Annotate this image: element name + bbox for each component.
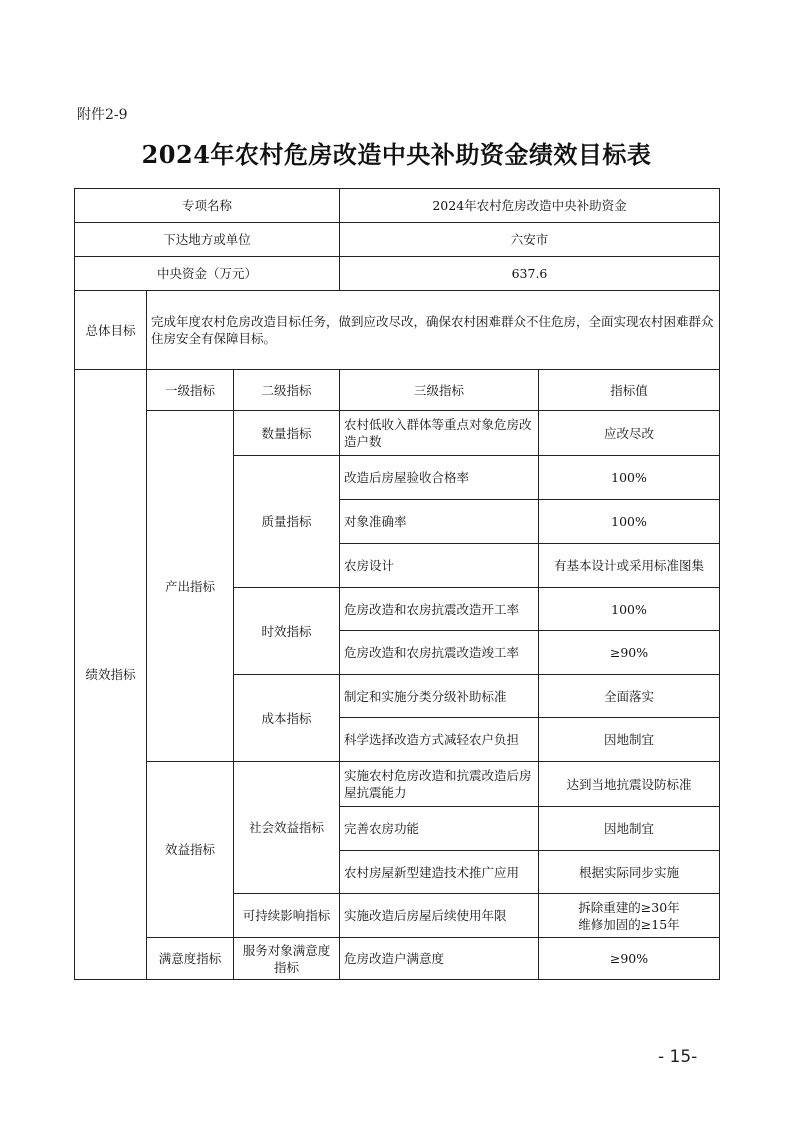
- level2-quality: 质量指标: [234, 456, 340, 588]
- indicator-cell: 危房改造户满意度: [340, 938, 539, 980]
- performance-section-label: 绩效指标: [75, 370, 147, 980]
- column-header-value: 指标值: [539, 370, 720, 411]
- table-row: 满意度指标 服务对象满意度指标 危房改造户满意度 ≥90%: [75, 938, 720, 980]
- level2-social: 社会效益指标: [234, 762, 340, 894]
- page-number: - 15-: [658, 1047, 697, 1067]
- value-cell: 100%: [539, 588, 720, 631]
- table-row: 效益指标 社会效益指标 实施农村危房改造和抗震改造后房屋抗震能力 达到当地抗震设…: [75, 762, 720, 807]
- indicator-cell: 制定和实施分类分级补助标准: [340, 675, 539, 718]
- column-header-level2: 二级指标: [234, 370, 340, 411]
- indicator-cell: 农村房屋新型建造技术推广应用: [340, 851, 539, 894]
- indicator-cell: 危房改造和农房抗震改造竣工率: [340, 631, 539, 675]
- value-cell: 因地制宜: [539, 718, 720, 762]
- value-cell: 达到当地抗震设防标准: [539, 762, 720, 807]
- level2-service: 服务对象满意度指标: [234, 938, 340, 980]
- value-cell: 全面落实: [539, 675, 720, 718]
- recipient-label: 下达地方或单位: [75, 223, 340, 257]
- indicator-cell: 实施改造后房屋后续使用年限: [340, 894, 539, 938]
- indicator-cell: 对象准确率: [340, 500, 539, 544]
- value-cell: 有基本设计或采用标准图集: [539, 544, 720, 588]
- indicator-cell: 实施农村危房改造和抗震改造后房屋抗震能力: [340, 762, 539, 807]
- column-header-level3: 三级指标: [340, 370, 539, 411]
- level1-output: 产出指标: [147, 411, 234, 762]
- level2-sustainable: 可持续影响指标: [234, 894, 340, 938]
- level1-satisfaction: 满意度指标: [147, 938, 234, 980]
- value-line: 拆除重建的≥30年: [543, 899, 715, 916]
- level1-benefit: 效益指标: [147, 762, 234, 938]
- value-cell: 100%: [539, 500, 720, 544]
- value-cell: 因地制宜: [539, 807, 720, 851]
- value-cell: 100%: [539, 456, 720, 500]
- attachment-label: 附件2-9: [77, 104, 128, 124]
- overall-goal-text: 完成年度农村危房改造目标任务，做到应改尽改，确保农村困难群众不住危房，全面实现农…: [147, 291, 720, 370]
- indicator-cell: 农房设计: [340, 544, 539, 588]
- project-name-label: 专项名称: [75, 189, 340, 223]
- indicator-cell: 农村低收入群体等重点对象危房改造户数: [340, 411, 539, 456]
- info-row-project-name: 专项名称 2024年农村危房改造中央补助资金: [75, 189, 720, 223]
- value-cell: 应改尽改: [539, 411, 720, 456]
- value-line: 维修加固的≥15年: [543, 916, 715, 933]
- info-row-funds: 中央资金（万元） 637.6: [75, 257, 720, 291]
- indicator-cell: 改造后房屋验收合格率: [340, 456, 539, 500]
- overall-goal-row: 总体目标 完成年度农村危房改造目标任务，做到应改尽改，确保农村困难群众不住危房，…: [75, 291, 720, 370]
- level2-quantity: 数量指标: [234, 411, 340, 456]
- table-row: 产出指标 数量指标 农村低收入群体等重点对象危房改造户数 应改尽改: [75, 411, 720, 456]
- column-header-level1: 一级指标: [147, 370, 234, 411]
- indicator-cell: 科学选择改造方式减轻农户负担: [340, 718, 539, 762]
- value-cell: 根据实际同步实施: [539, 851, 720, 894]
- value-cell: ≥90%: [539, 631, 720, 675]
- value-cell: ≥90%: [539, 938, 720, 980]
- document-title: 2024年农村危房改造中央补助资金绩效目标表: [0, 135, 793, 170]
- overall-goal-label: 总体目标: [75, 291, 147, 370]
- indicator-cell: 完善农房功能: [340, 807, 539, 851]
- funds-value: 637.6: [340, 257, 720, 291]
- value-cell: 拆除重建的≥30年 维修加固的≥15年: [539, 894, 720, 938]
- project-name-value: 2024年农村危房改造中央补助资金: [340, 189, 720, 223]
- performance-target-table: 专项名称 2024年农村危房改造中央补助资金 下达地方或单位 六安市 中央资金（…: [74, 188, 720, 980]
- indicator-cell: 危房改造和农房抗震改造开工率: [340, 588, 539, 631]
- info-row-recipient: 下达地方或单位 六安市: [75, 223, 720, 257]
- level2-cost: 成本指标: [234, 675, 340, 762]
- recipient-value: 六安市: [340, 223, 720, 257]
- funds-label: 中央资金（万元）: [75, 257, 340, 291]
- level2-timeliness: 时效指标: [234, 588, 340, 675]
- indicator-header-row: 绩效指标 一级指标 二级指标 三级指标 指标值: [75, 370, 720, 411]
